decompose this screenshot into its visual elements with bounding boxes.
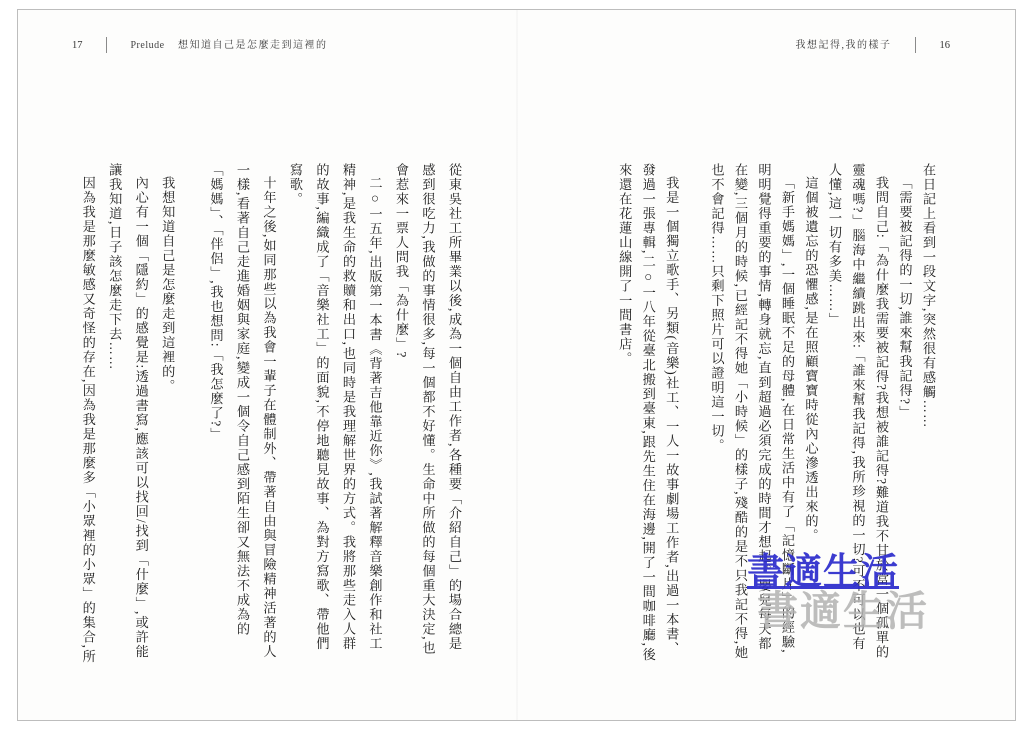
- paragraph: 「新手媽媽」,一個睡眠不足的母體,在日常生活中有了「記憶斷片」的經驗,明明覺得重…: [705, 163, 799, 665]
- paragraph: 內心有一個「隱約」的感覺是:透過書寫,應該可以找回/找到「什麼」,或許能讓我知道…: [101, 163, 154, 665]
- header-divider-left: [106, 37, 107, 53]
- paragraph: 我想知道自己是怎麼走到這裡的。: [154, 163, 181, 665]
- prelude-label: Prelude: [131, 40, 165, 51]
- paragraph: 我是一個獨立歌手、另類(音樂)社工、一人一故事劇場工作者,出過一本書、發過一張專…: [613, 163, 684, 665]
- paragraph: 在日記上看到一段文字,突然很有感觸……: [917, 163, 941, 665]
- paragraph: 「需要被記得的一切,誰來幫我記得?」: [893, 163, 917, 665]
- paragraph: 我問自己:「為什麼我需要被記得?我想被誰記得?難道我不甘於當一個孤單的靈魂嗎?」…: [823, 163, 894, 665]
- right-page-number: 16: [940, 40, 951, 51]
- paragraph: 十年之後,如同那些以為我會一輩子在體制外、帶著自由與冒險精神活著的人一樣,看著自…: [202, 163, 282, 665]
- paragraph: 二○一五年,出版第一本書《背著吉他靠近你》,我試著解釋音樂創作和社工精神,是我生…: [282, 163, 388, 665]
- left-running-head: 17 Prelude 想知道自己是怎麼走到這裡的: [72, 36, 328, 54]
- paragraph: 從東吳社工所畢業以後,成為一個自由工作者,各種要「介紹自己」的場合總是感到很吃力…: [388, 163, 468, 665]
- paragraph: 這個被遺忘的恐懼感,是在照顧寶寶時從內心滲透出來的。: [799, 163, 823, 665]
- chapter-title: 想知道自己是怎麼走到這裡的: [178, 40, 328, 51]
- left-page-number: 17: [72, 40, 83, 51]
- page-gutter: [516, 10, 518, 720]
- header-divider-right: [915, 37, 916, 53]
- left-page-body: 從東吳社工所畢業以後,成為一個自由工作者,各種要「介紹自己」的場合總是感到很吃力…: [85, 163, 467, 665]
- right-page-body: 在日記上看到一段文字,突然很有感觸……「需要被記得的一切,誰來幫我記得?」我問自…: [588, 163, 940, 665]
- right-running-head: 我想記得,我的樣子 16: [796, 36, 951, 54]
- book-title: 我想記得,我的樣子: [796, 40, 892, 51]
- paragraph: 因為我是那麼敏感又奇怪的存在,因為我是那麼多「小眾裡的小眾」的集合,所: [74, 163, 101, 665]
